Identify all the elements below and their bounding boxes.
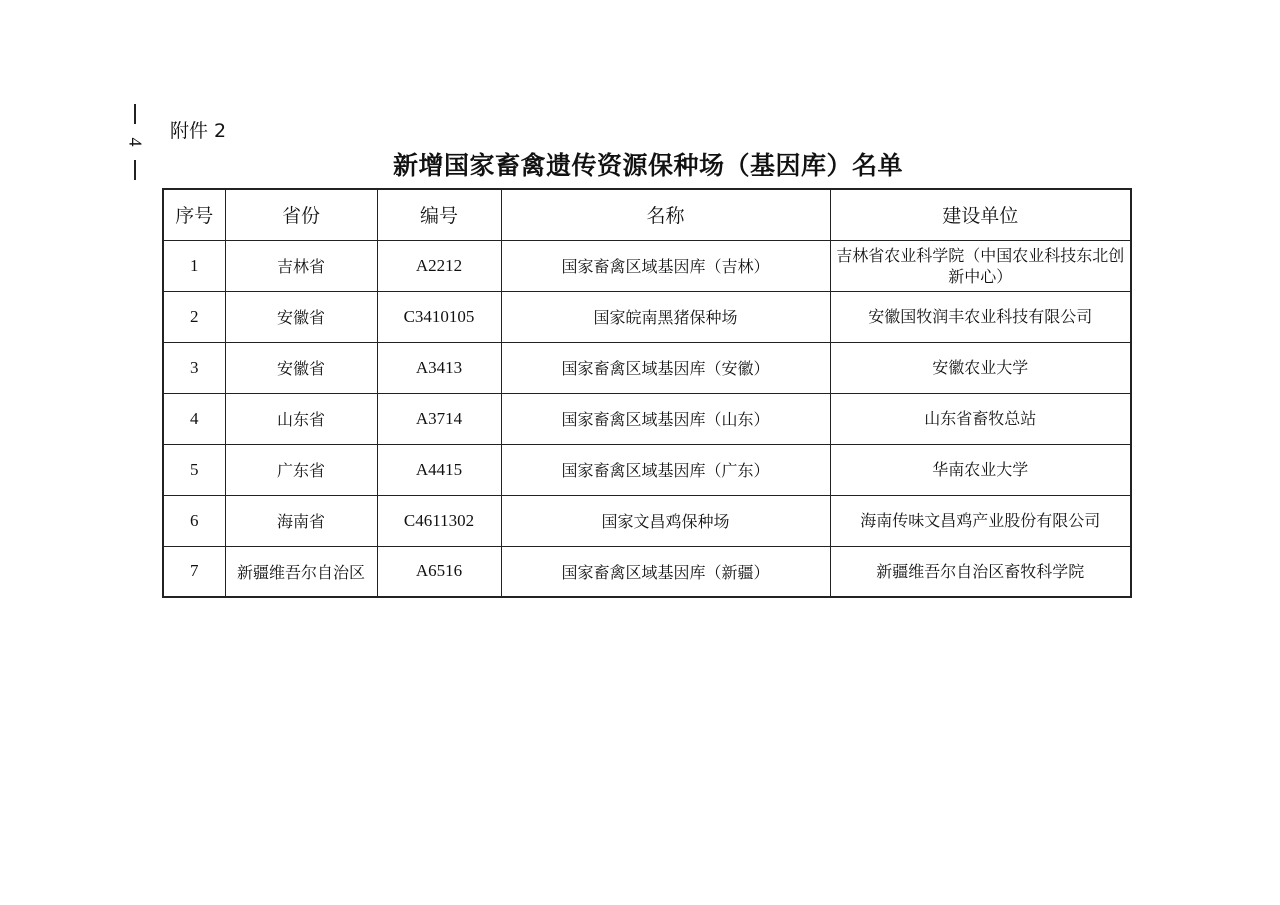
table-row: 2 安徽省 C3410105 国家皖南黑猪保种场 安徽国牧润丰农业科技有限公司 xyxy=(163,291,1131,342)
cell-index: 6 xyxy=(163,495,225,546)
cell-code: A4415 xyxy=(377,444,501,495)
cell-unit: 华南农业大学 xyxy=(830,444,1131,495)
breeding-farm-table: 序号 省份 编号 名称 建设单位 1 吉林省 A2212 国家畜禽区域基因库（吉… xyxy=(162,188,1132,598)
header-code: 编号 xyxy=(377,189,501,240)
header-index: 序号 xyxy=(163,189,225,240)
header-unit: 建设单位 xyxy=(830,189,1131,240)
cell-province: 广东省 xyxy=(225,444,377,495)
cell-code: A6516 xyxy=(377,546,501,597)
cell-index: 2 xyxy=(163,291,225,342)
cell-name: 国家畜禽区域基因库（新疆） xyxy=(501,546,830,597)
attachment-label: 附件 2 xyxy=(170,116,226,143)
cell-index: 1 xyxy=(163,240,225,291)
cell-unit: 山东省畜牧总站 xyxy=(830,393,1131,444)
cell-name: 国家文昌鸡保种场 xyxy=(501,495,830,546)
cell-name: 国家畜禽区域基因库（吉林） xyxy=(501,240,830,291)
cell-unit: 安徽国牧润丰农业科技有限公司 xyxy=(830,291,1131,342)
cell-province: 海南省 xyxy=(225,495,377,546)
cell-unit: 海南传味文昌鸡产业股份有限公司 xyxy=(830,495,1131,546)
page-number-dash-top xyxy=(134,104,136,124)
cell-index: 3 xyxy=(163,342,225,393)
table-row: 7 新疆维吾尔自治区 A6516 国家畜禽区域基因库（新疆） 新疆维吾尔自治区畜… xyxy=(163,546,1131,597)
cell-code: C3410105 xyxy=(377,291,501,342)
table-row: 4 山东省 A3714 国家畜禽区域基因库（山东） 山东省畜牧总站 xyxy=(163,393,1131,444)
cell-code: C4611302 xyxy=(377,495,501,546)
table-row: 1 吉林省 A2212 国家畜禽区域基因库（吉林） 吉林省农业科学院（中国农业科… xyxy=(163,240,1131,291)
cell-province: 吉林省 xyxy=(225,240,377,291)
cell-index: 4 xyxy=(163,393,225,444)
cell-unit: 新疆维吾尔自治区畜牧科学院 xyxy=(830,546,1131,597)
cell-name: 国家畜禽区域基因库（广东） xyxy=(501,444,830,495)
cell-unit: 安徽农业大学 xyxy=(830,342,1131,393)
table-header-row: 序号 省份 编号 名称 建设单位 xyxy=(163,189,1131,240)
cell-name: 国家畜禽区域基因库（安徽） xyxy=(501,342,830,393)
cell-code: A3714 xyxy=(377,393,501,444)
table-row: 6 海南省 C4611302 国家文昌鸡保种场 海南传味文昌鸡产业股份有限公司 xyxy=(163,495,1131,546)
header-province: 省份 xyxy=(225,189,377,240)
cell-province: 新疆维吾尔自治区 xyxy=(225,546,377,597)
header-name: 名称 xyxy=(501,189,830,240)
cell-index: 7 xyxy=(163,546,225,597)
table-row: 3 安徽省 A3413 国家畜禽区域基因库（安徽） 安徽农业大学 xyxy=(163,342,1131,393)
cell-code: A3413 xyxy=(377,342,501,393)
document-title: 新增国家畜禽遗传资源保种场（基因库）名单 xyxy=(0,146,1280,182)
cell-index: 5 xyxy=(163,444,225,495)
cell-province: 安徽省 xyxy=(225,291,377,342)
cell-code: A2212 xyxy=(377,240,501,291)
cell-province: 安徽省 xyxy=(225,342,377,393)
table-row: 5 广东省 A4415 国家畜禽区域基因库（广东） 华南农业大学 xyxy=(163,444,1131,495)
cell-province: 山东省 xyxy=(225,393,377,444)
cell-unit: 吉林省农业科学院（中国农业科技东北创新中心） xyxy=(830,240,1131,291)
cell-name: 国家畜禽区域基因库（山东） xyxy=(501,393,830,444)
cell-name: 国家皖南黑猪保种场 xyxy=(501,291,830,342)
